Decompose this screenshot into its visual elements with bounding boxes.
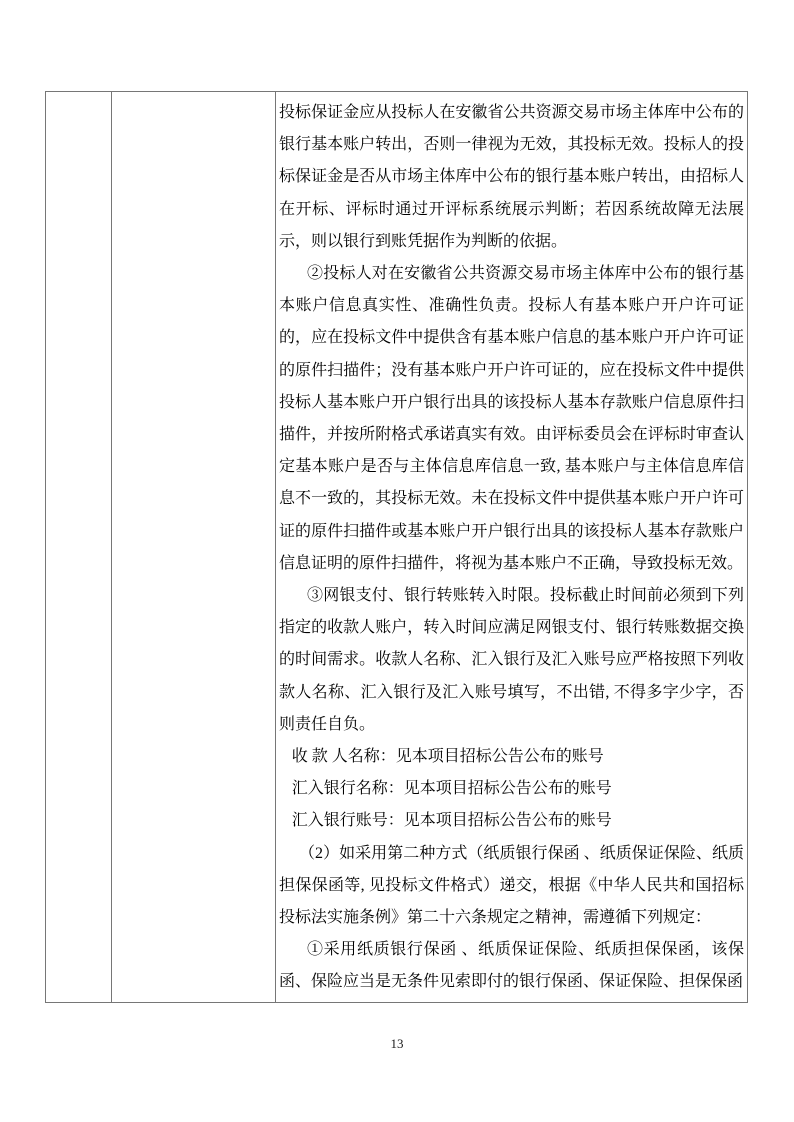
table-cell-label [112,92,276,1002]
paragraph-item3-transfer-deadline: ③网银支付、银行转账转入时限。投标截止时间前必须到下列指定的收款人账户，转入时间… [279,580,744,741]
document-page: 投标保证金应从投标人在安徽省公共资源交易市场主体库中公布的银行基本账户转出，否则… [0,0,794,1122]
remit-bank-account-line: 汇入银行账号：见本项目招标公告公布的账号 [279,805,744,837]
paragraph-continuation-bank-account-rule: 投标保证金应从投标人在安徽省公共资源交易市场主体库中公布的银行基本账户转出，否则… [279,97,744,258]
paragraph-method2-paper-guarantee: （2）如采用第二种方式（纸质银行保函 、纸质保证保险、纸质担保保函等, 见投标文… [279,838,744,935]
paragraph-item2-account-info-responsibility: ②投标人对在安徽省公共资源交易市场主体库中公布的银行基本账户信息真实性、准确性负… [279,258,744,580]
bid-rules-table: 投标保证金应从投标人在安徽省公共资源交易市场主体库中公布的银行基本账户转出，否则… [45,91,748,1003]
remit-bank-name-line: 汇入银行名称：见本项目招标公告公布的账号 [279,773,744,805]
payee-name-line: 收 款 人名称：见本项目招标公告公布的账号 [279,741,744,773]
table-cell-content: 投标保证金应从投标人在安徽省公共资源交易市场主体库中公布的银行基本账户转出，否则… [276,92,747,1002]
page-number: 13 [0,1036,794,1052]
paragraph-item1-paper-guarantee-requirement: ①采用纸质银行保函 、纸质保证保险、纸质担保保函，该保函、保险应当是无条件见索即… [279,934,744,998]
table-cell-index [46,92,112,1002]
